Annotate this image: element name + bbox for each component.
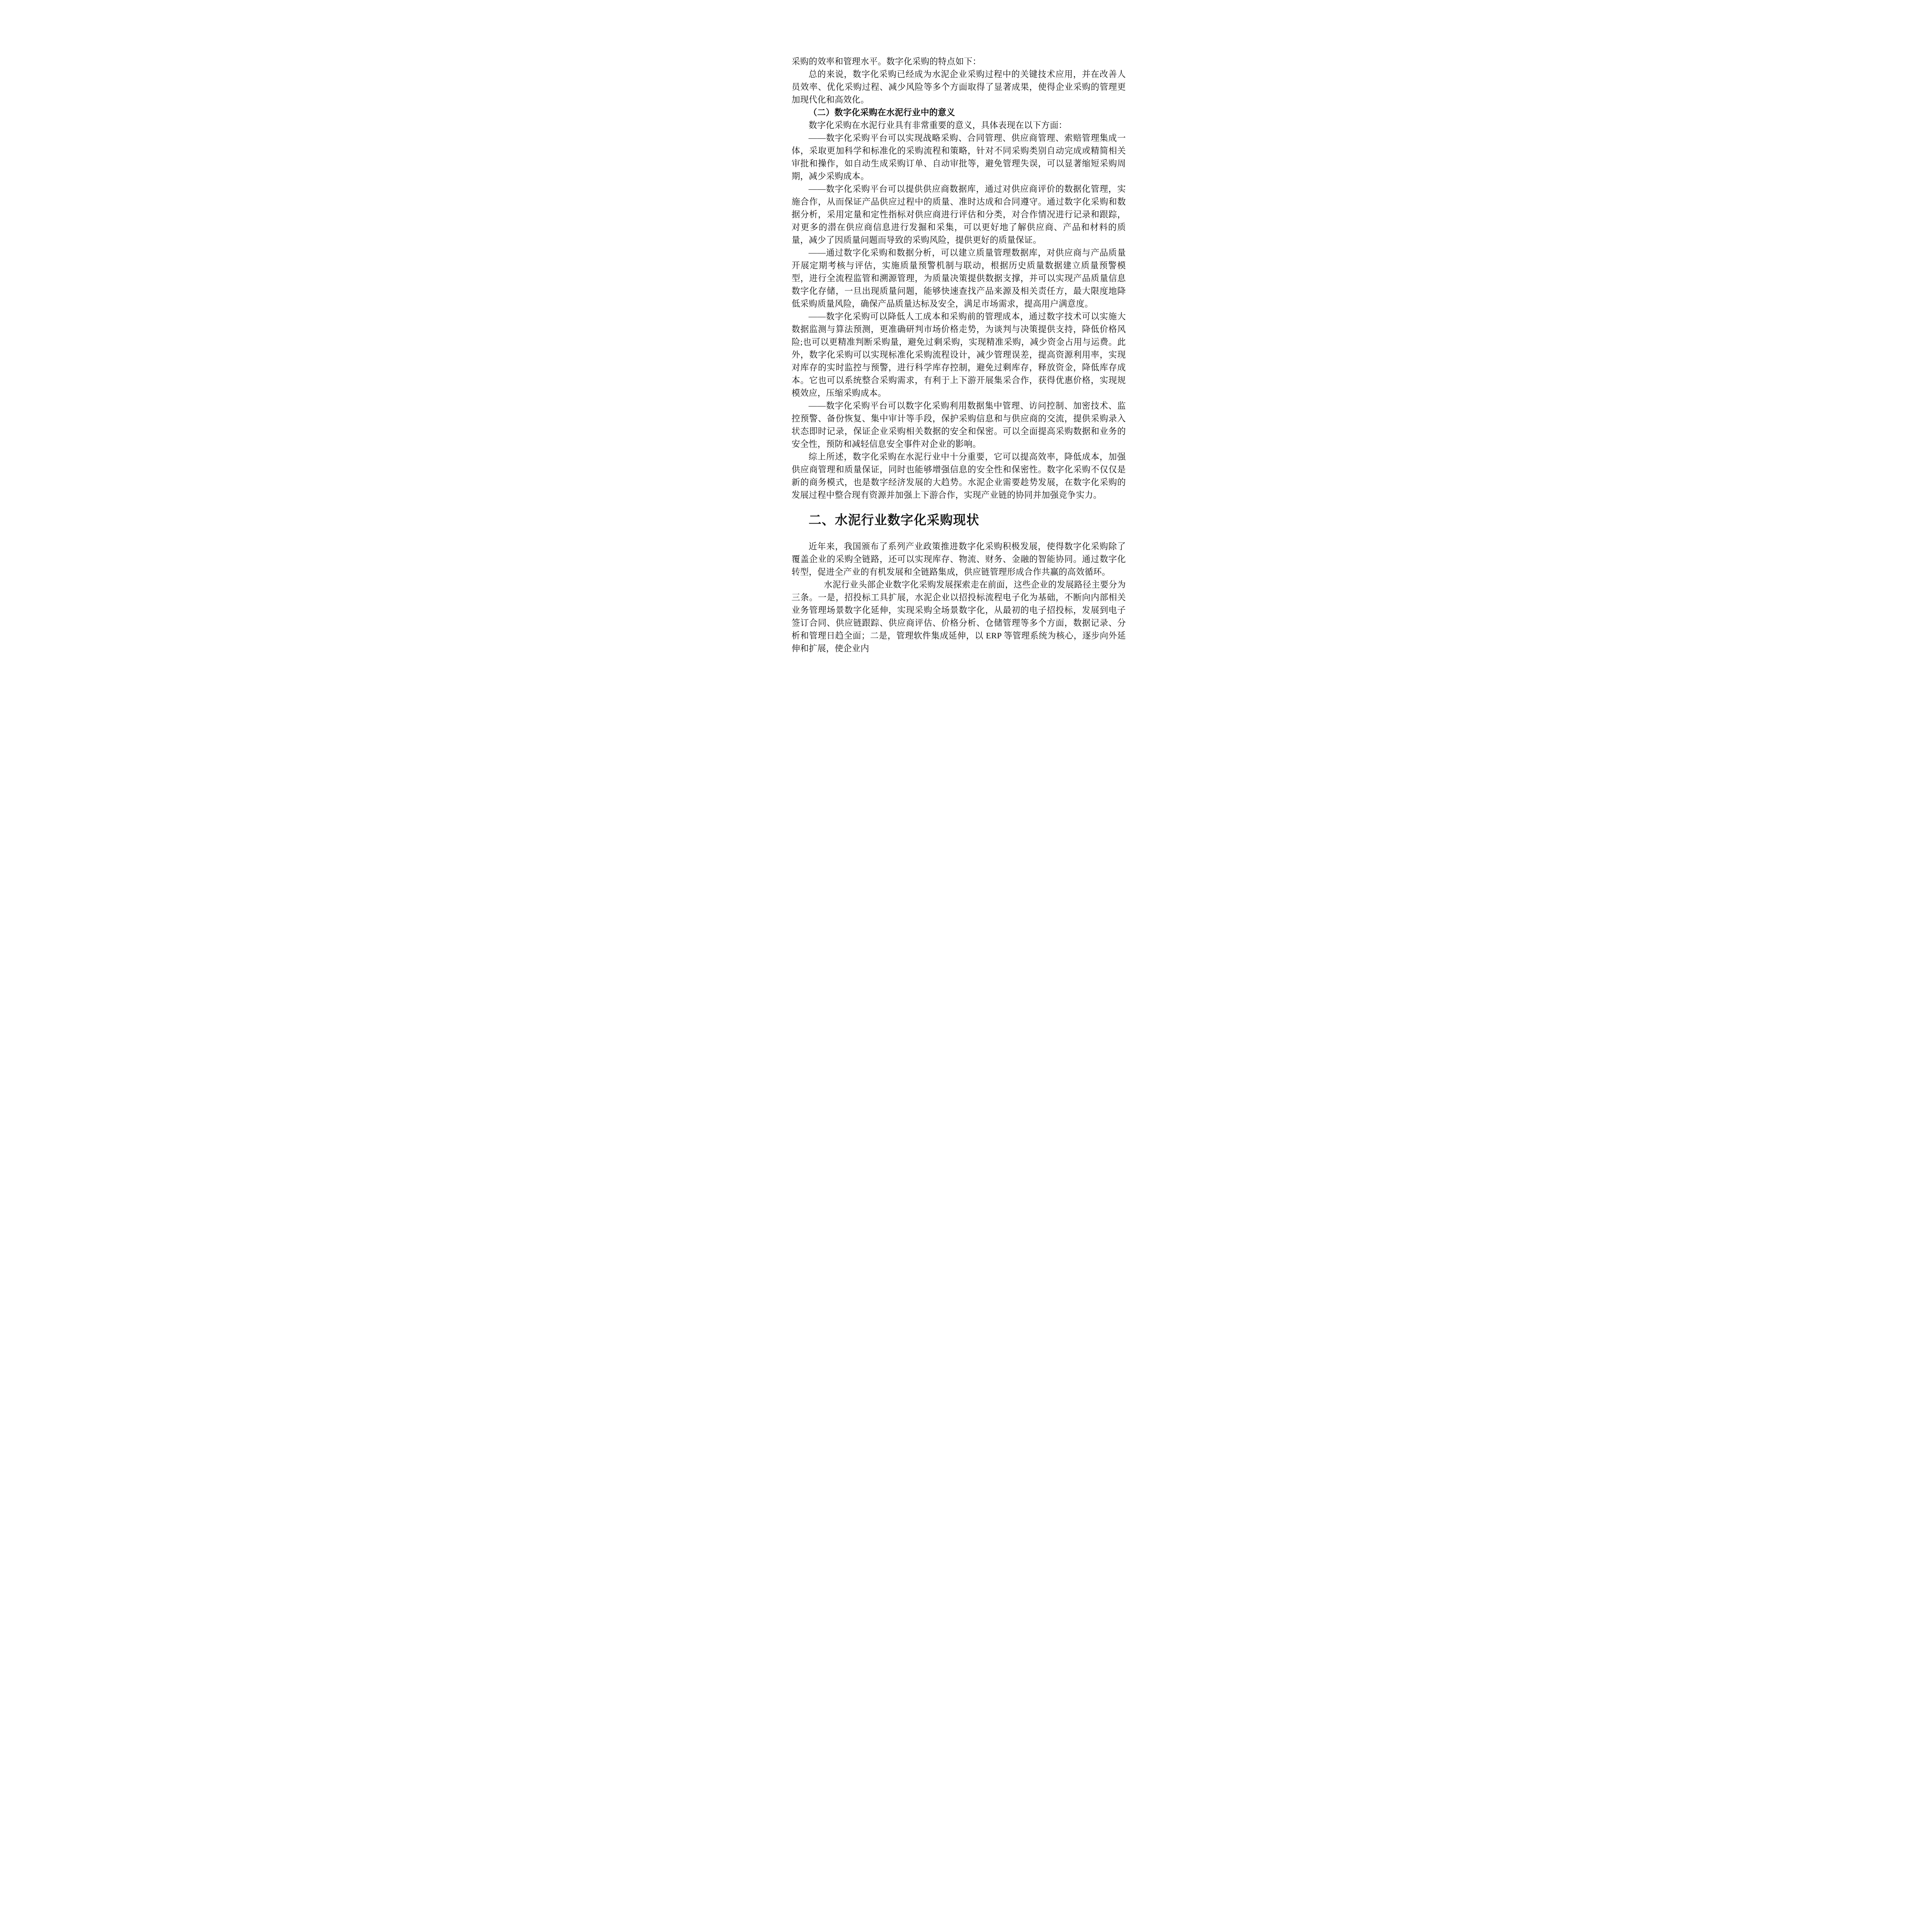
paragraph: 水泥行业头部企业数字化采购发展探索走在前面，这些企业的发展路径主要分为三条。一是… [792,578,1126,655]
paragraph-dash-item: ——数字化采购平台可以数字化采购利用数据集中管理、访问控制、加密技术、监控预警、… [792,399,1126,450]
sub-section-heading: （二）数字化采购在水泥行业中的意义 [792,106,1126,119]
paragraph-summary: 综上所述，数字化采购在水泥行业中十分重要，它可以提高效率，降低成本，加强供应商管… [792,450,1126,501]
paragraph-dash-item: ——数字化采购可以降低人工成本和采购前的管理成本，通过数字技术可以实施大数据监测… [792,310,1126,399]
paragraph-dash-item: ——数字化采购平台可以提供供应商数据库，通过对供应商评价的数据化管理，实施合作，… [792,182,1126,246]
paragraph: 近年来，我国颁布了系列产业政策推进数字化采购积极发展，使得数字化采购除了覆盖企业… [792,540,1126,578]
section-heading: 二、水泥行业数字化采购现状 [792,512,1126,528]
paragraph-dash-item: ——通过数字化采购和数据分析，可以建立质量管理数据库，对供应商与产品质量开展定期… [792,246,1126,310]
paragraph-dash-item: ——数字化采购平台可以实现战略采购、合同管理、供应商管理、索赔管理集成一体，采取… [792,131,1126,182]
document-page: 采购的效率和管理水平。数字化采购的特点如下： 总的来说，数字化采购已经成为水泥企… [719,0,1198,678]
paragraph: 总的来说，数字化采购已经成为水泥企业采购过程中的关键技术应用，并在改善人员效率、… [792,68,1126,106]
paragraph-continuation: 采购的效率和管理水平。数字化采购的特点如下： [792,55,1126,68]
paragraph: 数字化采购在水泥行业具有非常重要的意义，具体表现在以下方面： [792,119,1126,131]
